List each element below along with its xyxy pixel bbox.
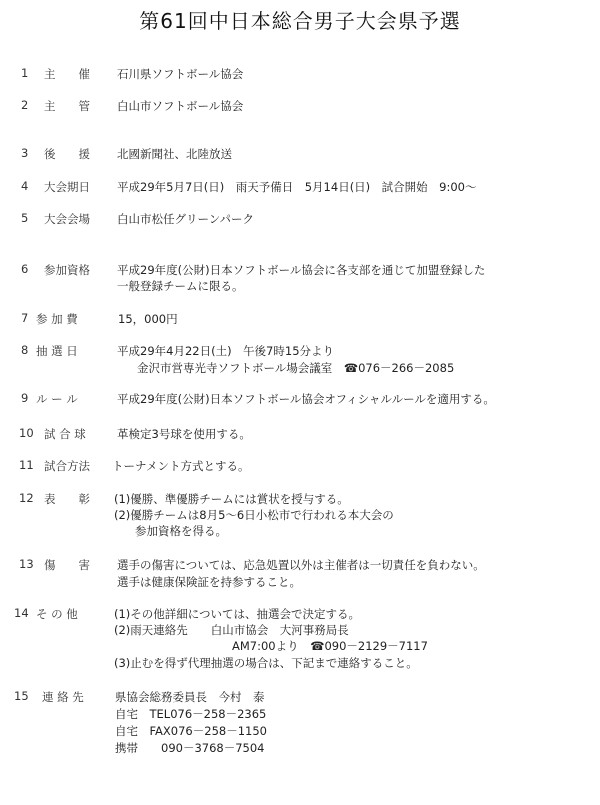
item-value: 15，000円	[118, 311, 178, 327]
item-value: 北國新聞社、北陸放送	[117, 146, 232, 162]
item-label: そ の 他	[36, 606, 78, 622]
item-label: 参 加 費	[36, 311, 78, 327]
item-number: 4	[21, 179, 28, 193]
item-label: 後 援	[44, 146, 90, 162]
item-number: 12	[19, 491, 34, 505]
item-label: 主 催	[44, 66, 90, 82]
item-value: トーナメント方式とする。	[112, 458, 250, 474]
item-value: 金沢市営専光寺ソフトボール場会議室 ☎076－266－2085	[137, 360, 454, 376]
item-label: 抽 選 日	[36, 343, 78, 359]
item-value: 参加資格を得る。	[135, 523, 227, 539]
item-label: 参加資格	[44, 262, 90, 278]
item-label: 試 合 球	[44, 426, 86, 442]
item-number: 7	[21, 311, 28, 325]
item-value: 石川県ソフトボール協会	[117, 66, 243, 82]
item-number: 3	[21, 146, 28, 160]
item-label: ル ー ル	[36, 391, 78, 407]
item-number: 14	[14, 606, 29, 620]
item-value: (1)優勝、準優勝チームには賞状を授与する。	[114, 491, 349, 507]
item-value: 選手の傷害については、応急処置以外は主催者は一切責任を負わない。	[117, 557, 485, 573]
item-number: 11	[19, 458, 34, 472]
item-label: 表 彰	[44, 491, 90, 507]
item-value: (1)その他詳細については、抽選会で決定する。	[114, 606, 360, 622]
item-number: 6	[21, 262, 28, 276]
item-number: 10	[19, 426, 34, 440]
item-label: 大会期日	[44, 179, 90, 195]
item-value: AM7:00より ☎090－2129－7117	[232, 638, 428, 654]
item-value: 一般登録チームに限る。	[117, 278, 244, 294]
item-number: 2	[21, 98, 28, 112]
item-value: 平成29年度(公財)日本ソフトボール協会オフィシャルルールを適用する。	[117, 391, 495, 407]
item-number: 13	[19, 557, 34, 571]
item-value: 自宅 FAX076－258－1150	[115, 723, 267, 739]
item-value: 携帯 090－3768－7504	[115, 740, 264, 756]
item-label: 連 絡 先	[42, 689, 84, 705]
item-value: (3)止むを得ず代理抽選の場合は、下記まで連絡すること。	[114, 655, 418, 671]
page-title: 第61回中日本総合男子大会県予選	[0, 5, 600, 34]
item-value: 県協会総務委員長 今村 泰	[115, 689, 265, 705]
item-value: 自宅 TEL076－258－2365	[115, 706, 266, 722]
item-value: 選手は健康保険証を持参すること。	[117, 574, 301, 590]
item-number: 5	[21, 211, 28, 225]
item-value: 平成29年度(公財)日本ソフトボール協会に各支部を通じて加盟登録した	[117, 262, 485, 278]
item-label: 試合方法	[44, 458, 90, 474]
item-number: 8	[21, 343, 28, 357]
item-value: 白山市ソフトボール協会	[117, 98, 243, 114]
item-value: (2)優勝チームは8月5〜6日小松市で行われる本大会の	[114, 507, 394, 523]
item-value: (2)雨天連絡先 白山市協会 大河事務局長	[114, 622, 349, 638]
item-value: 平成29年5月7日(日) 雨天予備日 5月14日(日) 試合開始 9:00〜	[117, 179, 477, 195]
item-value: 革検定3号球を使用する。	[117, 426, 251, 442]
item-value: 白山市松任グリーンパーク	[117, 211, 254, 227]
item-number: 9	[21, 391, 28, 405]
item-label: 大会会場	[44, 211, 90, 227]
item-number: 1	[21, 66, 28, 80]
item-label: 主 管	[44, 98, 90, 114]
item-number: 15	[14, 689, 29, 703]
item-label: 傷 害	[44, 557, 90, 573]
item-value: 平成29年4月22日(土) 午後7時15分より	[117, 343, 334, 359]
